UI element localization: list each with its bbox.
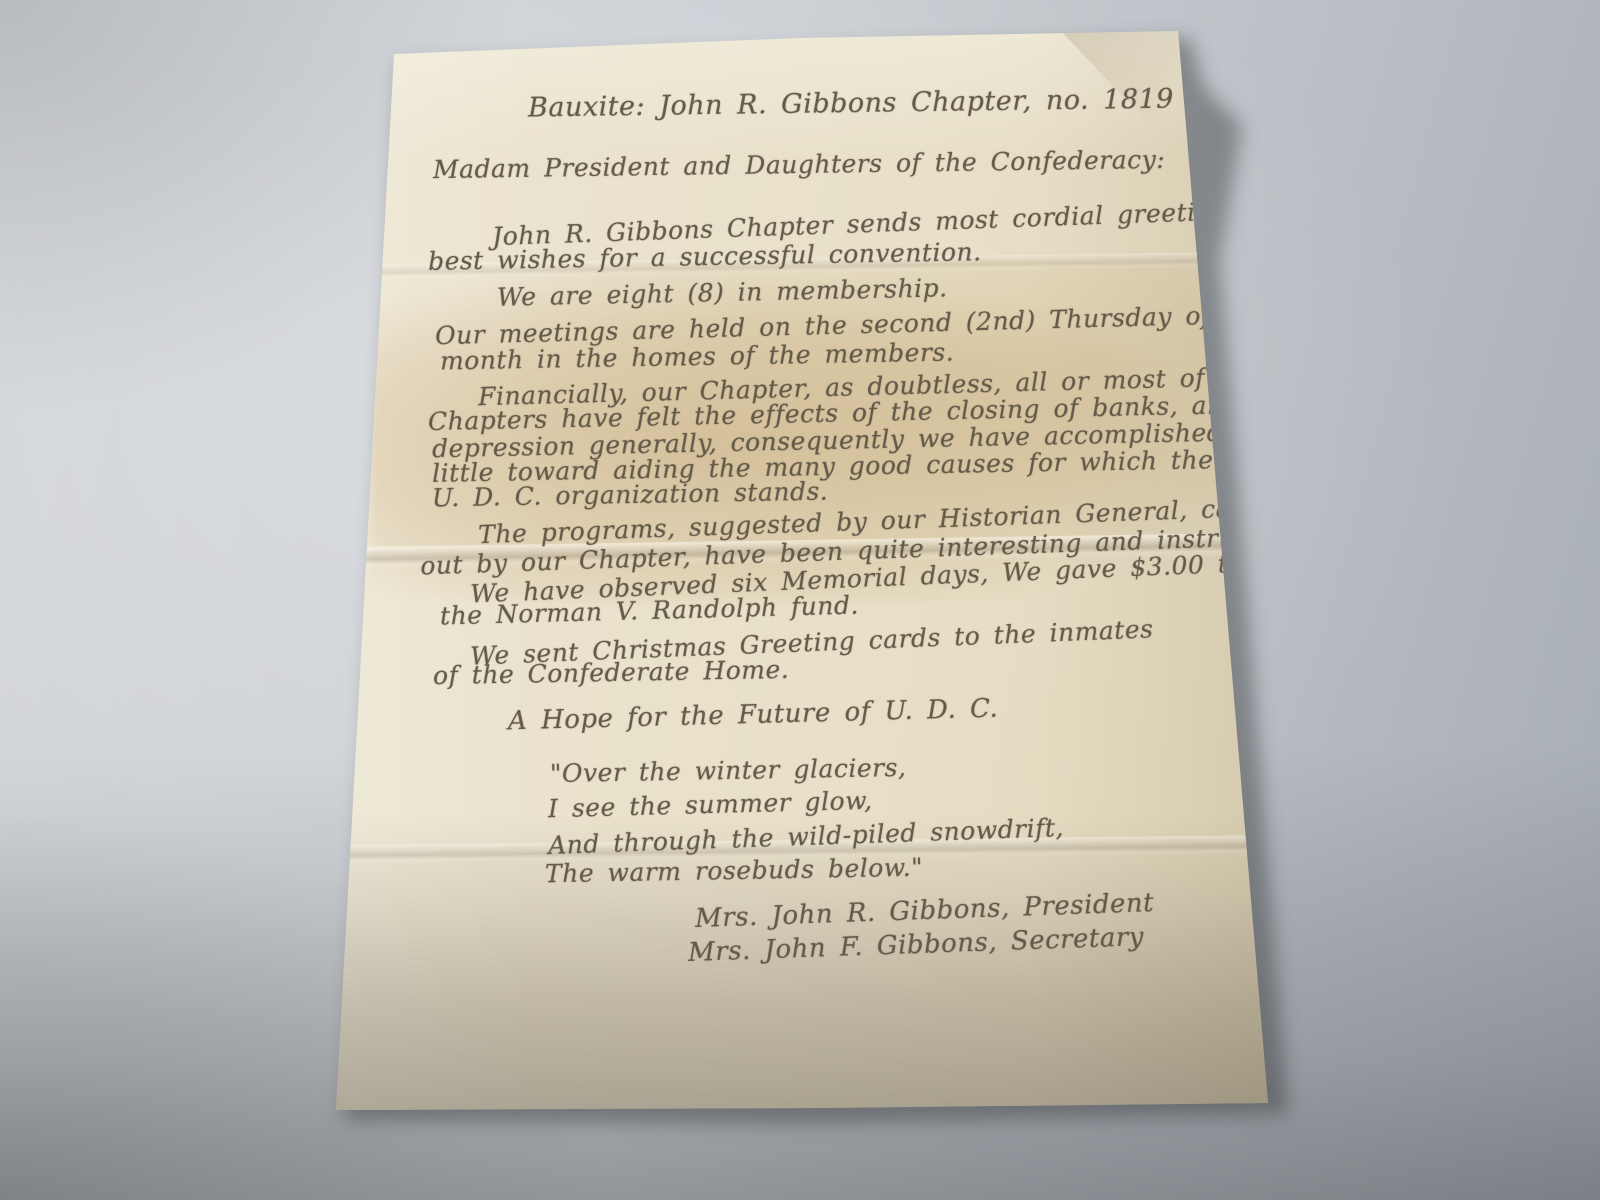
poem-title: A Hope for the Future of U. D. C. — [508, 694, 999, 737]
poem-line: "Over the winter glaciers, — [550, 753, 907, 788]
letter-heading: Bauxite: John R. Gibbons Chapter, no. 18… — [528, 83, 1174, 123]
salutation-line: Madam President and Daughters of the Con… — [433, 145, 1166, 184]
letter-paper: Bauxite: John R. Gibbons Chapter, no. 18… — [330, 26, 1275, 1114]
body-line: of the Confederate Home. — [433, 655, 790, 690]
photo-scene: Bauxite: John R. Gibbons Chapter, no. 18… — [0, 0, 1600, 1200]
